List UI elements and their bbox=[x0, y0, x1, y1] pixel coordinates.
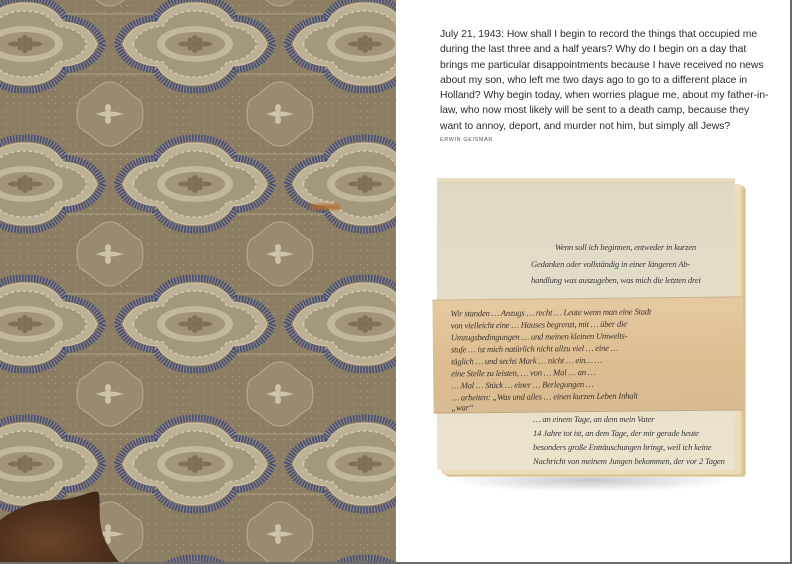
diary-quote: July 21, 1943: How shall I begin to reco… bbox=[440, 27, 770, 143]
slip-line: … Mal … Stück … einer … Berlegungen … bbox=[451, 379, 593, 390]
rust-stain bbox=[310, 204, 340, 210]
quote-text: July 21, 1943: How shall I begin to reco… bbox=[440, 27, 770, 134]
handwriting-line: Nachricht von meinem Jungen bekommen, de… bbox=[533, 456, 725, 466]
wallpaper-pattern bbox=[0, 0, 396, 564]
slip-line: „war“ bbox=[451, 402, 473, 412]
wallpaper-image bbox=[0, 0, 396, 564]
handwriting-line: besonders große Enttäuschungen bringt, w… bbox=[533, 442, 711, 452]
slip-line: Wir standen … Anzugs … recht … Leute wen… bbox=[451, 306, 652, 318]
diary-photo: Wenn soll ich beginnen, entweder in kurz… bbox=[437, 178, 739, 474]
handwriting-line: handlung was auszugeben, was mich die le… bbox=[531, 275, 701, 285]
slip-line: stufe … ist mich natürlich nicht allzu v… bbox=[451, 343, 618, 355]
slip-line: Umzugsbedingungen … und meinen kleinen U… bbox=[451, 331, 628, 343]
slip-line: täglich … und sechs Mark … nicht … ein… … bbox=[451, 355, 602, 367]
handwriting-line: Gedanken oder vollständig in einer länge… bbox=[531, 259, 690, 269]
slip-line: von vielleicht eine … Hauses begrenzt, m… bbox=[451, 319, 627, 331]
handwriting-line: Wenn soll ich beginnen, entweder in kurz… bbox=[555, 242, 696, 252]
quote-author: ERWIN GEISMAR bbox=[440, 137, 770, 143]
diary-page: Wenn soll ich beginnen, entweder in kurz… bbox=[437, 178, 735, 470]
pasted-note-slip: Wir standen … Anzugs … recht … Leute wen… bbox=[432, 296, 743, 413]
handwriting-line: … an einem Tage, an dem mein Vater bbox=[533, 414, 654, 424]
slip-line: … arbeiten: „Was und alles … einen kurze… bbox=[451, 390, 637, 402]
handwriting-line: 14 Jahre tot ist, an dem Tage, der mir g… bbox=[533, 428, 699, 438]
slip-line: eine Stelle zu leisten, … von … Mal … an… bbox=[451, 367, 595, 379]
